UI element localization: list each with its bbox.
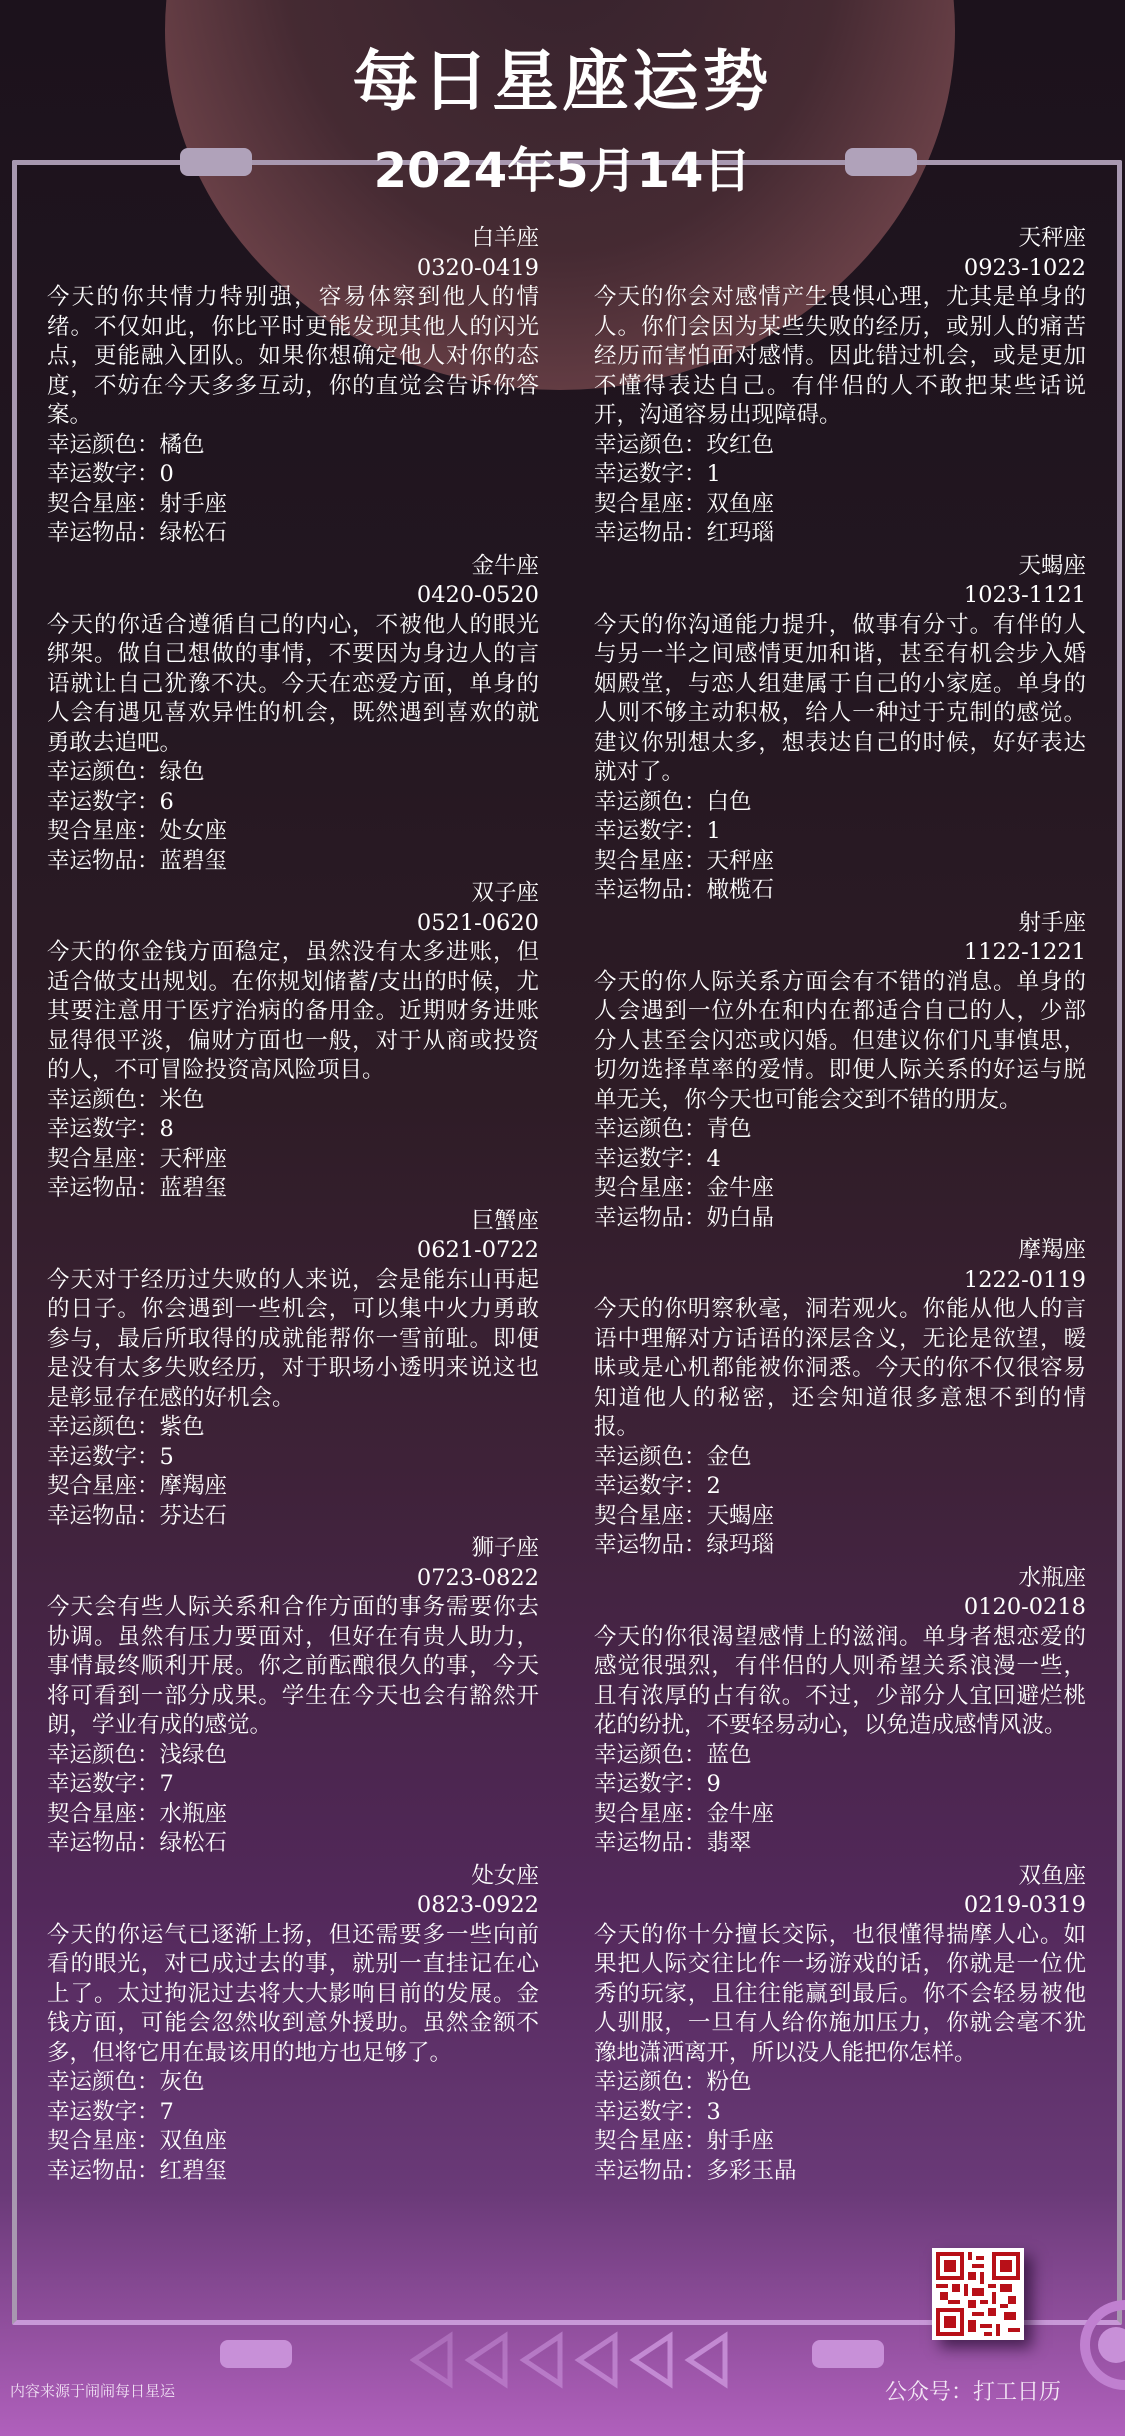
lucky-number-row: 幸运数字：1: [594, 460, 1086, 490]
sign-card-virgo: 处女座 0823-0922 今天的你运气已逐渐上扬，但还需要多一些向前看的眼光，…: [47, 1862, 539, 2187]
lucky-number-row: 幸运数字：0: [47, 460, 539, 490]
lucky-item-row: 幸运物品：蓝碧玺: [47, 847, 539, 877]
lucky-number-row: 幸运数字：8: [47, 1115, 539, 1145]
sign-description: 今天的你共情力特别强，容易体察到他人的情绪。不仅如此，你比平时更能发现其他人的闪…: [47, 283, 539, 431]
lucky-number-row: 幸运数字：5: [47, 1443, 539, 1473]
sign-name: 巨蟹座: [47, 1207, 539, 1237]
sign-date-range: 0219-0319: [594, 1891, 1086, 1921]
match-sign-row: 契合星座：射手座: [594, 2127, 1086, 2157]
sign-date-range: 0621-0722: [47, 1236, 539, 1266]
match-sign-row: 契合星座：天蝎座: [594, 1502, 1086, 1532]
sign-name: 射手座: [594, 909, 1086, 939]
match-sign-value: 天秤座: [707, 848, 775, 874]
sign-date-range: 0823-0922: [47, 1891, 539, 1921]
lucky-color-row: 幸运颜色：粉色: [594, 2068, 1086, 2098]
match-sign-value: 射手座: [707, 2128, 775, 2154]
lucky-item-value: 翡翠: [707, 1830, 752, 1856]
sign-description: 今天的你沟通能力提升，做事有分寸。有伴的人与另一半之间感情更加和谐，甚至有机会步…: [594, 611, 1086, 788]
sign-date-range: 0320-0419: [47, 254, 539, 284]
match-sign-value: 金牛座: [707, 1801, 775, 1827]
sign-date-range: 0521-0620: [47, 909, 539, 939]
sign-card-gemini: 双子座 0521-0620 今天的你金钱方面稳定，虽然没有太多进账，但适合做支出…: [47, 879, 539, 1204]
lucky-item-row: 幸运物品：红碧玺: [47, 2157, 539, 2187]
lucky-number-row: 幸运数字：9: [594, 1770, 1086, 1800]
lucky-number-row: 幸运数字：7: [47, 2098, 539, 2128]
match-sign-value: 摩羯座: [160, 1473, 228, 1499]
lucky-number-row: 幸运数字：3: [594, 2098, 1086, 2128]
lucky-color-value: 青色: [707, 1116, 752, 1142]
sign-description: 今天的你很渴望感情上的滋润。单身者想恋爱的感觉很强烈，有伴侣的人则希望关系浪漫一…: [594, 1623, 1086, 1741]
lucky-item-row: 幸运物品：红玛瑙: [594, 519, 1086, 549]
lucky-item-value: 芬达石: [160, 1503, 228, 1529]
sign-name: 摩羯座: [594, 1236, 1086, 1266]
sign-name: 天秤座: [594, 224, 1086, 254]
lucky-number-row: 幸运数字：4: [594, 1145, 1086, 1175]
sign-card-aquarius: 水瓶座 0120-0218 今天的你很渴望感情上的滋润。单身者想恋爱的感觉很强烈…: [594, 1564, 1086, 1859]
lucky-item-value: 绿玛瑙: [707, 1532, 775, 1558]
sign-name: 白羊座: [47, 224, 539, 254]
match-sign-row: 契合星座：天秤座: [594, 847, 1086, 877]
lucky-number-value: 9: [707, 1771, 721, 1797]
lucky-number-value: 6: [160, 789, 174, 815]
lucky-number-value: 7: [160, 1771, 174, 1797]
match-sign-value: 天秤座: [160, 1146, 228, 1172]
lucky-color-row: 幸运颜色：绿色: [47, 758, 539, 788]
lucky-color-value: 蓝色: [707, 1742, 752, 1768]
lucky-item-value: 奶白晶: [707, 1205, 775, 1231]
lucky-item-value: 多彩玉晶: [707, 2158, 797, 2184]
sign-card-libra: 天秤座 0923-1022 今天的你会对感情产生畏惧心理，尤其是单身的人。你们会…: [594, 224, 1086, 549]
lucky-item-value: 蓝碧玺: [160, 1175, 228, 1201]
lucky-color-value: 米色: [160, 1087, 205, 1113]
sign-card-scorpio: 天蝎座 1023-1121 今天的你沟通能力提升，做事有分寸。有伴的人与另一半之…: [594, 552, 1086, 906]
lucky-color-row: 幸运颜色：紫色: [47, 1413, 539, 1443]
sign-name: 狮子座: [47, 1534, 539, 1564]
lucky-number-value: 7: [160, 2099, 174, 2125]
lucky-item-row: 幸运物品：蓝碧玺: [47, 1174, 539, 1204]
page-date: 2024年5月14日: [0, 132, 1125, 201]
match-sign-row: 契合星座：双鱼座: [594, 490, 1086, 520]
match-sign-row: 契合星座：射手座: [47, 490, 539, 520]
lucky-item-row: 幸运物品：绿松石: [47, 1829, 539, 1859]
sign-card-aries: 白羊座 0320-0419 今天的你共情力特别强，容易体察到他人的情绪。不仅如此…: [47, 224, 539, 549]
lucky-color-value: 粉色: [707, 2069, 752, 2095]
lucky-item-value: 绿松石: [160, 1830, 228, 1856]
sign-card-cancer: 巨蟹座 0621-0722 今天对于经历过失败的人来说，会是能东山再起的日子。你…: [47, 1207, 539, 1532]
sign-description: 今天的你适合遵循自己的内心，不被他人的眼光绑架。做自己想做的事情，不要因为身边人…: [47, 611, 539, 759]
sign-description: 今天的你会对感情产生畏惧心理，尤其是单身的人。你们会因为某些失败的经历，或别人的…: [594, 283, 1086, 431]
lucky-color-row: 幸运颜色：青色: [594, 1115, 1086, 1145]
match-sign-value: 处女座: [160, 818, 228, 844]
lucky-color-row: 幸运颜色：金色: [594, 1443, 1086, 1473]
lucky-item-row: 幸运物品：芬达石: [47, 1502, 539, 1532]
lucky-item-row: 幸运物品：绿松石: [47, 519, 539, 549]
lucky-number-value: 4: [707, 1146, 721, 1172]
qr-code-icon[interactable]: [932, 2248, 1024, 2340]
match-sign-row: 契合星座：水瓶座: [47, 1800, 539, 1830]
content-source: 内容来源于闹闹每日星运: [10, 2380, 175, 2401]
lucky-item-row: 幸运物品：奶白晶: [594, 1204, 1086, 1234]
sign-description: 今天对于经历过失败的人来说，会是能东山再起的日子。你会遇到一些机会，可以集中火力…: [47, 1266, 539, 1414]
sign-name: 处女座: [47, 1862, 539, 1892]
lucky-color-value: 白色: [707, 789, 752, 815]
lucky-number-value: 5: [160, 1444, 174, 1470]
lucky-number-value: 1: [707, 818, 721, 844]
match-sign-value: 射手座: [160, 491, 228, 517]
lucky-number-value: 8: [160, 1116, 174, 1142]
lucky-number-value: 3: [707, 2099, 721, 2125]
sign-card-leo: 狮子座 0723-0822 今天会有些人际关系和合作方面的事务需要你去协调。虽然…: [47, 1534, 539, 1859]
match-sign-value: 水瓶座: [160, 1801, 228, 1827]
sign-date-range: 1222-0119: [594, 1266, 1086, 1296]
lucky-color-row: 幸运颜色：玫红色: [594, 431, 1086, 461]
lucky-number-value: 2: [707, 1473, 721, 1499]
lucky-color-row: 幸运颜色：蓝色: [594, 1741, 1086, 1771]
lucky-color-row: 幸运颜色：米色: [47, 1086, 539, 1116]
lucky-number-row: 幸运数字：7: [47, 1770, 539, 1800]
lucky-item-row: 幸运物品：翡翠: [594, 1829, 1086, 1859]
lucky-number-value: 0: [160, 461, 174, 487]
lucky-item-row: 幸运物品：多彩玉晶: [594, 2157, 1086, 2187]
lucky-number-row: 幸运数字：1: [594, 817, 1086, 847]
sign-date-range: 1023-1121: [594, 581, 1086, 611]
lucky-color-row: 幸运颜色：橘色: [47, 431, 539, 461]
sign-date-range: 0923-1022: [594, 254, 1086, 284]
frame-cap-bottom-left: [220, 2340, 292, 2368]
sign-card-capricorn: 摩羯座 1222-0119 今天的你明察秋毫，洞若观火。你能从他人的言语中理解对…: [594, 1236, 1086, 1561]
lucky-color-value: 灰色: [160, 2069, 205, 2095]
left-column: 白羊座 0320-0419 今天的你共情力特别强，容易体察到他人的情绪。不仅如此…: [47, 224, 539, 2189]
sign-name: 金牛座: [47, 552, 539, 582]
lucky-item-row: 幸运物品：绿玛瑙: [594, 1531, 1086, 1561]
match-sign-row: 契合星座：摩羯座: [47, 1472, 539, 1502]
lucky-number-row: 幸运数字：2: [594, 1472, 1086, 1502]
lucky-item-value: 红玛瑙: [707, 520, 775, 546]
sign-date-range: 1122-1221: [594, 938, 1086, 968]
triangle-arrows-icon: [410, 2330, 770, 2390]
match-sign-row: 契合星座：处女座: [47, 817, 539, 847]
lucky-item-value: 橄榄石: [707, 877, 775, 903]
sign-description: 今天会有些人际关系和合作方面的事务需要你去协调。虽然有压力要面对，但好在有贵人助…: [47, 1593, 539, 1741]
lucky-color-value: 紫色: [160, 1414, 205, 1440]
lucky-color-value: 金色: [707, 1444, 752, 1470]
sign-description: 今天的你明察秋毫，洞若观火。你能从他人的言语中理解对方话语的深层含义，无论是欲望…: [594, 1295, 1086, 1443]
lucky-color-row: 幸运颜色：白色: [594, 788, 1086, 818]
sign-date-range: 0420-0520: [47, 581, 539, 611]
lucky-color-value: 绿色: [160, 759, 205, 785]
match-sign-value: 双鱼座: [160, 2128, 228, 2154]
lucky-number-value: 1: [707, 461, 721, 487]
match-sign-value: 天蝎座: [707, 1503, 775, 1529]
lucky-color-value: 浅绿色: [160, 1742, 228, 1768]
sign-date-range: 0723-0822: [47, 1564, 539, 1594]
lucky-item-value: 蓝碧玺: [160, 848, 228, 874]
match-sign-row: 契合星座：双鱼座: [47, 2127, 539, 2157]
sign-card-pisces: 双鱼座 0219-0319 今天的你十分擅长交际，也很懂得揣摩人心。如果把人际交…: [594, 1862, 1086, 2187]
sign-card-taurus: 金牛座 0420-0520 今天的你适合遵循自己的内心，不被他人的眼光绑架。做自…: [47, 552, 539, 877]
frame-cap-bottom-right: [812, 2340, 884, 2368]
sign-name: 天蝎座: [594, 552, 1086, 582]
lucky-color-row: 幸运颜色：灰色: [47, 2068, 539, 2098]
match-sign-row: 契合星座：天秤座: [47, 1145, 539, 1175]
sign-name: 水瓶座: [594, 1564, 1086, 1594]
lucky-color-value: 橘色: [160, 432, 205, 458]
lucky-item-row: 幸运物品：橄榄石: [594, 876, 1086, 906]
sign-description: 今天的你十分擅长交际，也很懂得揣摩人心。如果把人际交往比作一场游戏的话，你就是一…: [594, 1921, 1086, 2069]
sign-name: 双子座: [47, 879, 539, 909]
sign-description: 今天的你运气已逐渐上扬，但还需要多一些向前看的眼光，对已成过去的事，就别一直挂记…: [47, 1921, 539, 2069]
lucky-number-row: 幸运数字：6: [47, 788, 539, 818]
lucky-item-value: 红碧玺: [160, 2158, 228, 2184]
lucky-color-row: 幸运颜色：浅绿色: [47, 1741, 539, 1771]
lucky-item-value: 绿松石: [160, 520, 228, 546]
lucky-color-value: 玫红色: [707, 432, 775, 458]
match-sign-value: 金牛座: [707, 1175, 775, 1201]
sign-card-sagittarius: 射手座 1122-1221 今天的你人际关系方面会有不错的消息。单身的人会遇到一…: [594, 909, 1086, 1234]
sign-date-range: 0120-0218: [594, 1593, 1086, 1623]
page-title: 每日星座运势: [0, 28, 1125, 123]
right-column: 天秤座 0923-1022 今天的你会对感情产生畏惧心理，尤其是单身的人。你们会…: [594, 224, 1086, 2189]
match-sign-value: 双鱼座: [707, 491, 775, 517]
sign-name: 双鱼座: [594, 1862, 1086, 1892]
match-sign-row: 契合星座：金牛座: [594, 1174, 1086, 1204]
match-sign-row: 契合星座：金牛座: [594, 1800, 1086, 1830]
sign-description: 今天的你人际关系方面会有不错的消息。单身的人会遇到一位外在和内在都适合自己的人，…: [594, 968, 1086, 1116]
account-name: 公众号：打工日历: [885, 2375, 1061, 2406]
sign-description: 今天的你金钱方面稳定，虽然没有太多进账，但适合做支出规划。在你规划储蓄/支出的时…: [47, 938, 539, 1086]
